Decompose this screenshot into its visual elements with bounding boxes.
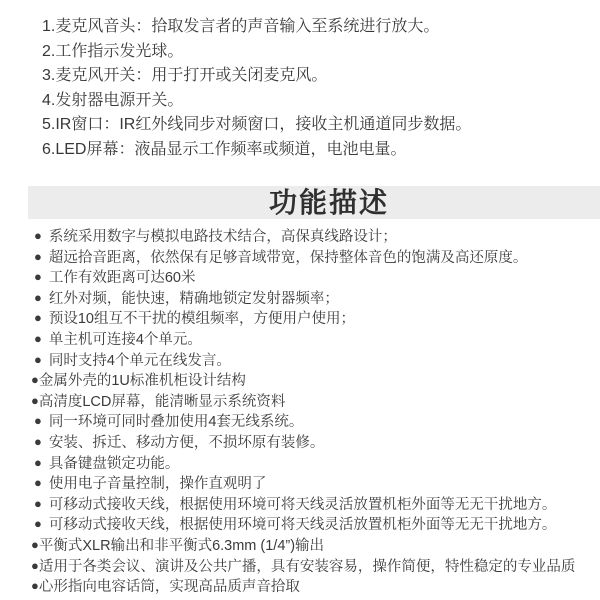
feature-text: 系统采用数字与模拟电路技术结合，高保真线路设计； (49, 229, 397, 245)
bullet-icon: ● (34, 454, 42, 473)
list-item: 2.工作指示发光球。 (42, 40, 600, 65)
features-list: ●系统采用数字与模拟电路技术结合，高保真线路设计；●超远拾音距离，依然保有足够音… (0, 227, 600, 598)
part-number: 3. (42, 67, 55, 84)
parts-list: 1.麦克风音头：拾取发言者的声音输入至系统进行放大。2.工作指示发光球。3.麦克… (42, 15, 600, 162)
feature-text: 可移动式接收天线，根据使用环境可将天线灵活放置机柜外面等无无干扰地方。 (49, 497, 557, 513)
part-number: 2. (42, 43, 55, 60)
bullet-icon: ● (31, 392, 39, 411)
bullet-icon: ● (34, 351, 42, 370)
list-item: ●同时支持4个单元在线发言。 (0, 351, 600, 372)
list-item: 5.IR窗口：IR红外线同步对频窗口，接收主机通道同步数据。 (42, 113, 600, 138)
part-text: 工作指示发光球。 (55, 43, 183, 60)
feature-text: 预设10组互不干扰的模组频率，方便用户使用； (49, 311, 355, 327)
part-text: 麦克风开关：用于打开或关闭麦克风。 (55, 67, 327, 84)
feature-text: 高清度LCD屏幕，能清晰显示系统资料 (39, 394, 286, 410)
list-item: ●高清度LCD屏幕，能清晰显示系统资料 (0, 392, 600, 413)
list-item: ●可移动式接收天线，根据使用环境可将天线灵活放置机柜外面等无无干扰地方。 (0, 495, 600, 516)
feature-text: 同一环境可同时叠加使用4套无线系统。 (49, 414, 304, 430)
feature-text: 金属外壳的1U标准机柜设计结构 (39, 373, 246, 389)
feature-text: 超远拾音距离，依然保有足够音域带宽，保持整体音色的饱满及高还原度。 (49, 250, 528, 266)
list-item: 6.LED屏幕：液晶显示工作频率或频道，电池电量。 (42, 138, 600, 163)
feature-text: 单主机可连接4个单元。 (49, 332, 202, 348)
bullet-icon: ● (34, 412, 42, 431)
list-item: ●系统采用数字与模拟电路技术结合，高保真线路设计； (0, 227, 600, 248)
list-item: 3.麦克风开关：用于打开或关闭麦克风。 (42, 64, 600, 89)
section-title: 功能描述 (269, 186, 389, 219)
feature-text: 同时支持4个单元在线发言。 (49, 353, 231, 369)
part-text: 麦克风音头：拾取发言者的声音输入至系统进行放大。 (55, 18, 439, 35)
list-item: ●同一环境可同时叠加使用4套无线系统。 (0, 412, 600, 433)
bullet-icon: ● (34, 289, 42, 308)
bullet-icon: ● (34, 248, 42, 267)
feature-text: 平衡式XLR输出和非平衡式6.3mm (1/4”)输出 (39, 538, 324, 554)
list-item: ●平衡式XLR输出和非平衡式6.3mm (1/4”)输出 (0, 536, 600, 557)
bullet-icon: ● (34, 495, 42, 514)
list-item: 4.发射器电源开关。 (42, 89, 600, 114)
feature-text: 工作有效距离可达60米 (49, 270, 196, 286)
bullet-icon: ● (34, 309, 42, 328)
list-item: ●可移动式接收天线，根据使用环境可将天线灵活放置机柜外面等无无干扰地方。 (0, 515, 600, 536)
bullet-icon: ● (31, 536, 39, 555)
part-number: 1. (42, 18, 55, 35)
list-item: ●工作有效距离可达60米 (0, 268, 600, 289)
bullet-icon: ● (31, 577, 39, 596)
list-item: ●心形指向电容话筒，实现高品质声音拾取 (0, 577, 600, 598)
bullet-icon: ● (31, 557, 39, 576)
part-text: 发射器电源开关。 (55, 92, 183, 109)
list-item: 1.麦克风音头：拾取发言者的声音输入至系统进行放大。 (42, 15, 600, 40)
feature-text: 心形指向电容话筒，实现高品质声音拾取 (39, 579, 300, 595)
part-text: LED屏幕：液晶显示工作频率或频道，电池电量。 (55, 141, 406, 158)
list-item: ●预设10组互不干扰的模组频率，方便用户使用； (0, 309, 600, 330)
bullet-icon: ● (34, 515, 42, 534)
list-item: ●红外对频，能快速，精确地锁定发射器频率； (0, 289, 600, 310)
product-description-page: 1.麦克风音头：拾取发言者的声音输入至系统进行放大。2.工作指示发光球。3.麦克… (0, 0, 600, 600)
list-item: ●金属外壳的1U标准机柜设计结构 (0, 371, 600, 392)
bullet-icon: ● (34, 227, 42, 246)
bullet-icon: ● (34, 330, 42, 349)
section-header: 功能描述 (28, 186, 600, 219)
list-item: ●安装、拆迁、移动方便，不损坏原有装修。 (0, 433, 600, 454)
bullet-icon: ● (34, 433, 42, 452)
bullet-icon: ● (34, 474, 42, 493)
part-number: 4. (42, 92, 55, 109)
bullet-icon: ● (31, 371, 39, 390)
feature-text: 红外对频，能快速，精确地锁定发射器频率； (49, 291, 339, 307)
part-number: 5. (42, 116, 55, 133)
feature-text: 安装、拆迁、移动方便，不损坏原有装修。 (49, 435, 325, 451)
feature-text: 可移动式接收天线，根据使用环境可将天线灵活放置机柜外面等无无干扰地方。 (49, 517, 557, 533)
list-item: ●超远拾音距离，依然保有足够音域带宽，保持整体音色的饱满及高还原度。 (0, 248, 600, 269)
part-text: IR窗口：IR红外线同步对频窗口，接收主机通道同步数据。 (55, 116, 471, 133)
part-number: 6. (42, 141, 55, 158)
list-item: ●使用电子音量控制，操作直观明了 (0, 474, 600, 495)
list-item: ●具备键盘锁定功能。 (0, 454, 600, 475)
list-item: ●单主机可连接4个单元。 (0, 330, 600, 351)
feature-text: 适用于各类会议、演讲及公共广播，具有安装容易，操作简便，特性稳定的专业品质 (39, 559, 576, 575)
feature-text: 使用电子音量控制，操作直观明了 (49, 476, 267, 492)
list-item: ●适用于各类会议、演讲及公共广播，具有安装容易，操作简便，特性稳定的专业品质 (0, 557, 600, 578)
bullet-icon: ● (34, 268, 42, 287)
feature-text: 具备键盘锁定功能。 (49, 456, 180, 472)
